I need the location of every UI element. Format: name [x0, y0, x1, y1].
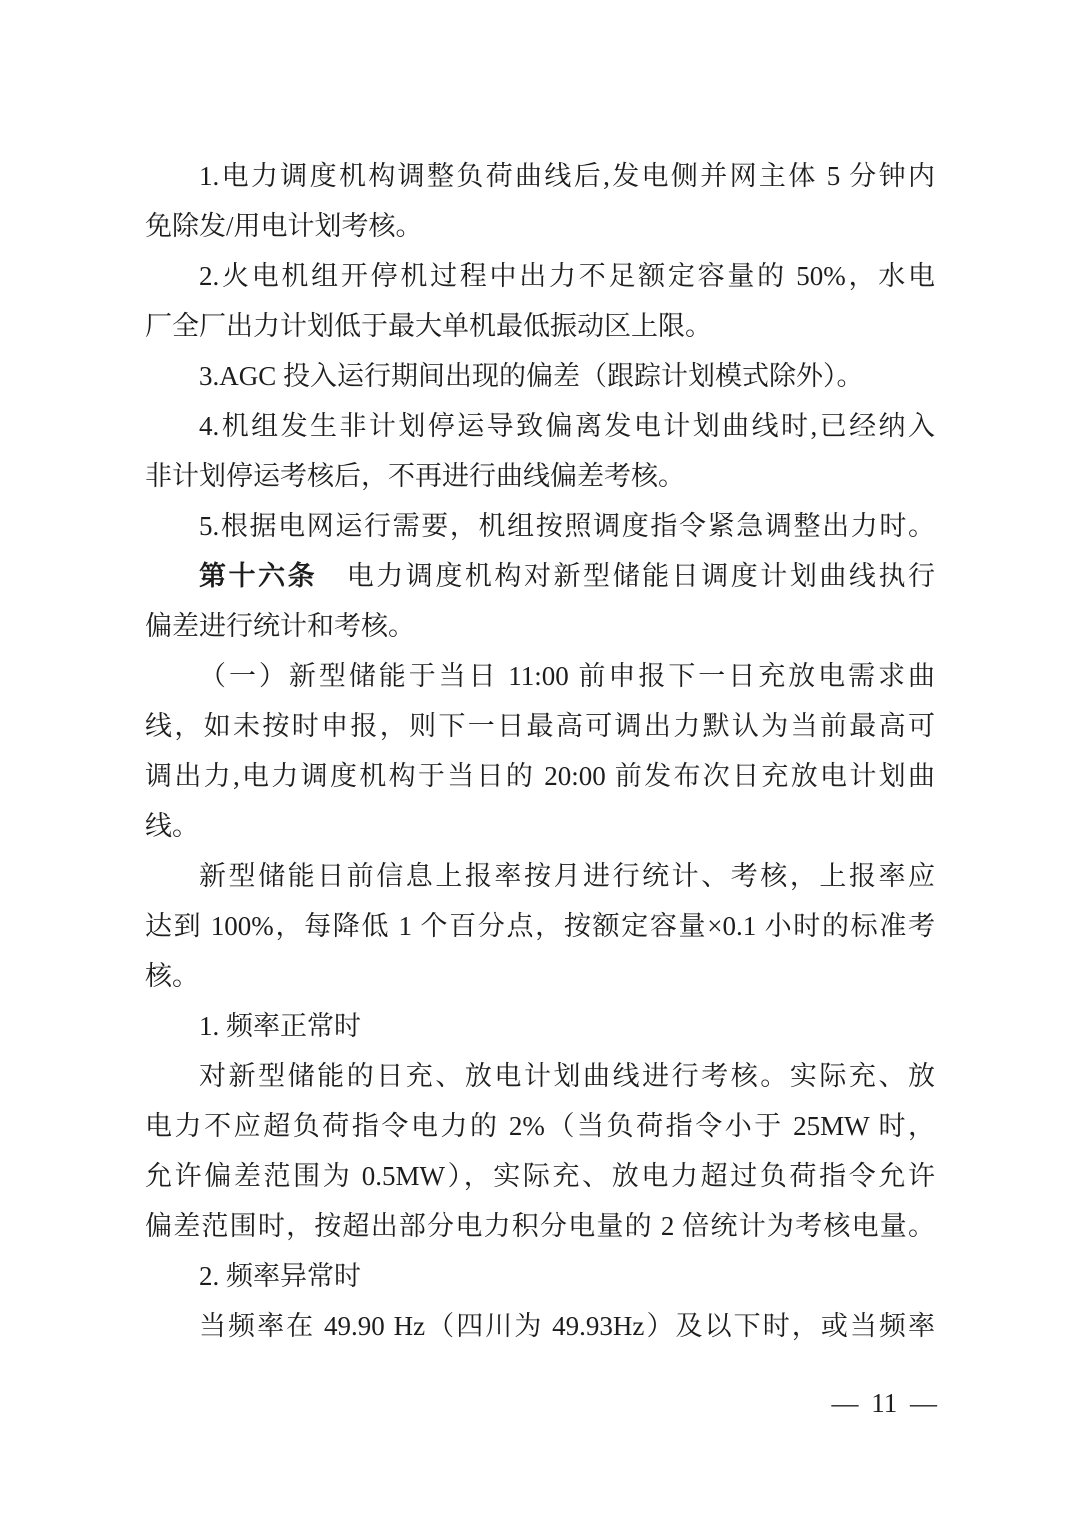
text-line: 厂全厂出力计划低于最大单机最低振动区上限。 — [145, 301, 935, 351]
text-run: 线，如未按时申报，则下一日最高可调出力默认为当前最高可 — [145, 711, 935, 741]
text-line: 允许偏差范围为 0.5MW），实际充、放电力超过负荷指令允许 — [145, 1151, 935, 1201]
text-line: 当频率在 49.90 Hz（四川为 49.93Hz）及以下时，或当频率 — [145, 1301, 935, 1351]
text-line: 新型储能日前信息上报率按月进行统计、考核，上报率应 — [145, 851, 935, 901]
text-run: 2.火电机组开停机过程中出力不足额定容量的 50%，水电 — [199, 261, 935, 291]
text-line: 5.根据电网运行需要，机组按照调度指令紧急调整出力时。 — [145, 501, 935, 551]
text-line: 4.机组发生非计划停运导致偏离发电计划曲线时,已经纳入 — [145, 401, 935, 451]
text-run: 1. 频率正常时 — [199, 1011, 361, 1041]
text-run: 调出力,电力调度机构于当日的 20:00 前发布次日充放电计划曲 — [145, 761, 935, 791]
text-line: 核。 — [145, 951, 935, 1001]
text-line: 非计划停运考核后，不再进行曲线偏差考核。 — [145, 451, 935, 501]
text-run: 新型储能日前信息上报率按月进行统计、考核，上报率应 — [199, 861, 935, 891]
text-run: 非计划停运考核后，不再进行曲线偏差考核。 — [145, 461, 685, 491]
text-run: 允许偏差范围为 0.5MW），实际充、放电力超过负荷指令允许 — [145, 1161, 935, 1191]
text-line: 偏差范围时，按超出部分电力积分电量的 2 倍统计为考核电量。 — [145, 1201, 935, 1251]
text-line: 电力不应超负荷指令电力的 2%（当负荷指令小于 25MW 时， — [145, 1101, 935, 1151]
text-line: 2. 频率异常时 — [145, 1251, 935, 1301]
text-run: 3.AGC 投入运行期间出现的偏差（跟踪计划模式除外）。 — [199, 361, 864, 391]
text-run: （一）新型储能于当日 11:00 前申报下一日充放电需求曲 — [199, 661, 935, 691]
text-run: 厂全厂出力计划低于最大单机最低振动区上限。 — [145, 311, 712, 341]
text-run: 电力不应超负荷指令电力的 2%（当负荷指令小于 25MW 时， — [145, 1111, 935, 1141]
text-line: 1. 频率正常时 — [145, 1001, 935, 1051]
text-line: 2.火电机组开停机过程中出力不足额定容量的 50%，水电 — [145, 251, 935, 301]
text-run: 线。 — [145, 811, 199, 841]
page-number: — 11 — — [832, 1383, 938, 1423]
text-line: 调出力,电力调度机构于当日的 20:00 前发布次日充放电计划曲 — [145, 751, 935, 801]
text-line: 达到 100%，每降低 1 个百分点，按额定容量×0.1 小时的标准考 — [145, 901, 935, 951]
text-run: 2. 频率异常时 — [199, 1261, 361, 1291]
text-run: 对新型储能的日充、放电计划曲线进行考核。实际充、放 — [199, 1061, 935, 1091]
text-run: 1.电力调度机构调整负荷曲线后,发电侧并网主体 5 分钟内 — [199, 161, 935, 191]
text-line: 3.AGC 投入运行期间出现的偏差（跟踪计划模式除外）。 — [145, 351, 935, 401]
text-line: 1.电力调度机构调整负荷曲线后,发电侧并网主体 5 分钟内 — [145, 151, 935, 201]
text-run: 偏差进行统计和考核。 — [145, 611, 415, 641]
text-line: 线。 — [145, 801, 935, 851]
text-line: 对新型储能的日充、放电计划曲线进行考核。实际充、放 — [145, 1051, 935, 1101]
text-run: 核。 — [145, 961, 199, 991]
text-line: 偏差进行统计和考核。 — [145, 601, 935, 651]
text-line: 线，如未按时申报，则下一日最高可调出力默认为当前最高可 — [145, 701, 935, 751]
text-run: 4.机组发生非计划停运导致偏离发电计划曲线时,已经纳入 — [199, 411, 935, 441]
text-line: （一）新型储能于当日 11:00 前申报下一日充放电需求曲 — [145, 651, 935, 701]
text-run: 电力调度机构对新型储能日调度计划曲线执行 — [317, 561, 935, 591]
text-run: 偏差范围时，按超出部分电力积分电量的 2 倍统计为考核电量。 — [145, 1211, 935, 1241]
document-page: 1.电力调度机构调整负荷曲线后,发电侧并网主体 5 分钟内免除发/用电计划考核。… — [0, 0, 1080, 1527]
text-run: 免除发/用电计划考核。 — [145, 211, 423, 241]
text-line: 第十六条 电力调度机构对新型储能日调度计划曲线执行 — [145, 551, 935, 601]
document-body: 1.电力调度机构调整负荷曲线后,发电侧并网主体 5 分钟内免除发/用电计划考核。… — [145, 151, 935, 1351]
text-line: 免除发/用电计划考核。 — [145, 201, 935, 251]
text-run: 达到 100%，每降低 1 个百分点，按额定容量×0.1 小时的标准考 — [145, 911, 935, 941]
text-run: 5.根据电网运行需要，机组按照调度指令紧急调整出力时。 — [199, 511, 935, 541]
text-run: 当频率在 49.90 Hz（四川为 49.93Hz）及以下时，或当频率 — [199, 1311, 935, 1341]
article-number: 第十六条 — [199, 561, 317, 591]
